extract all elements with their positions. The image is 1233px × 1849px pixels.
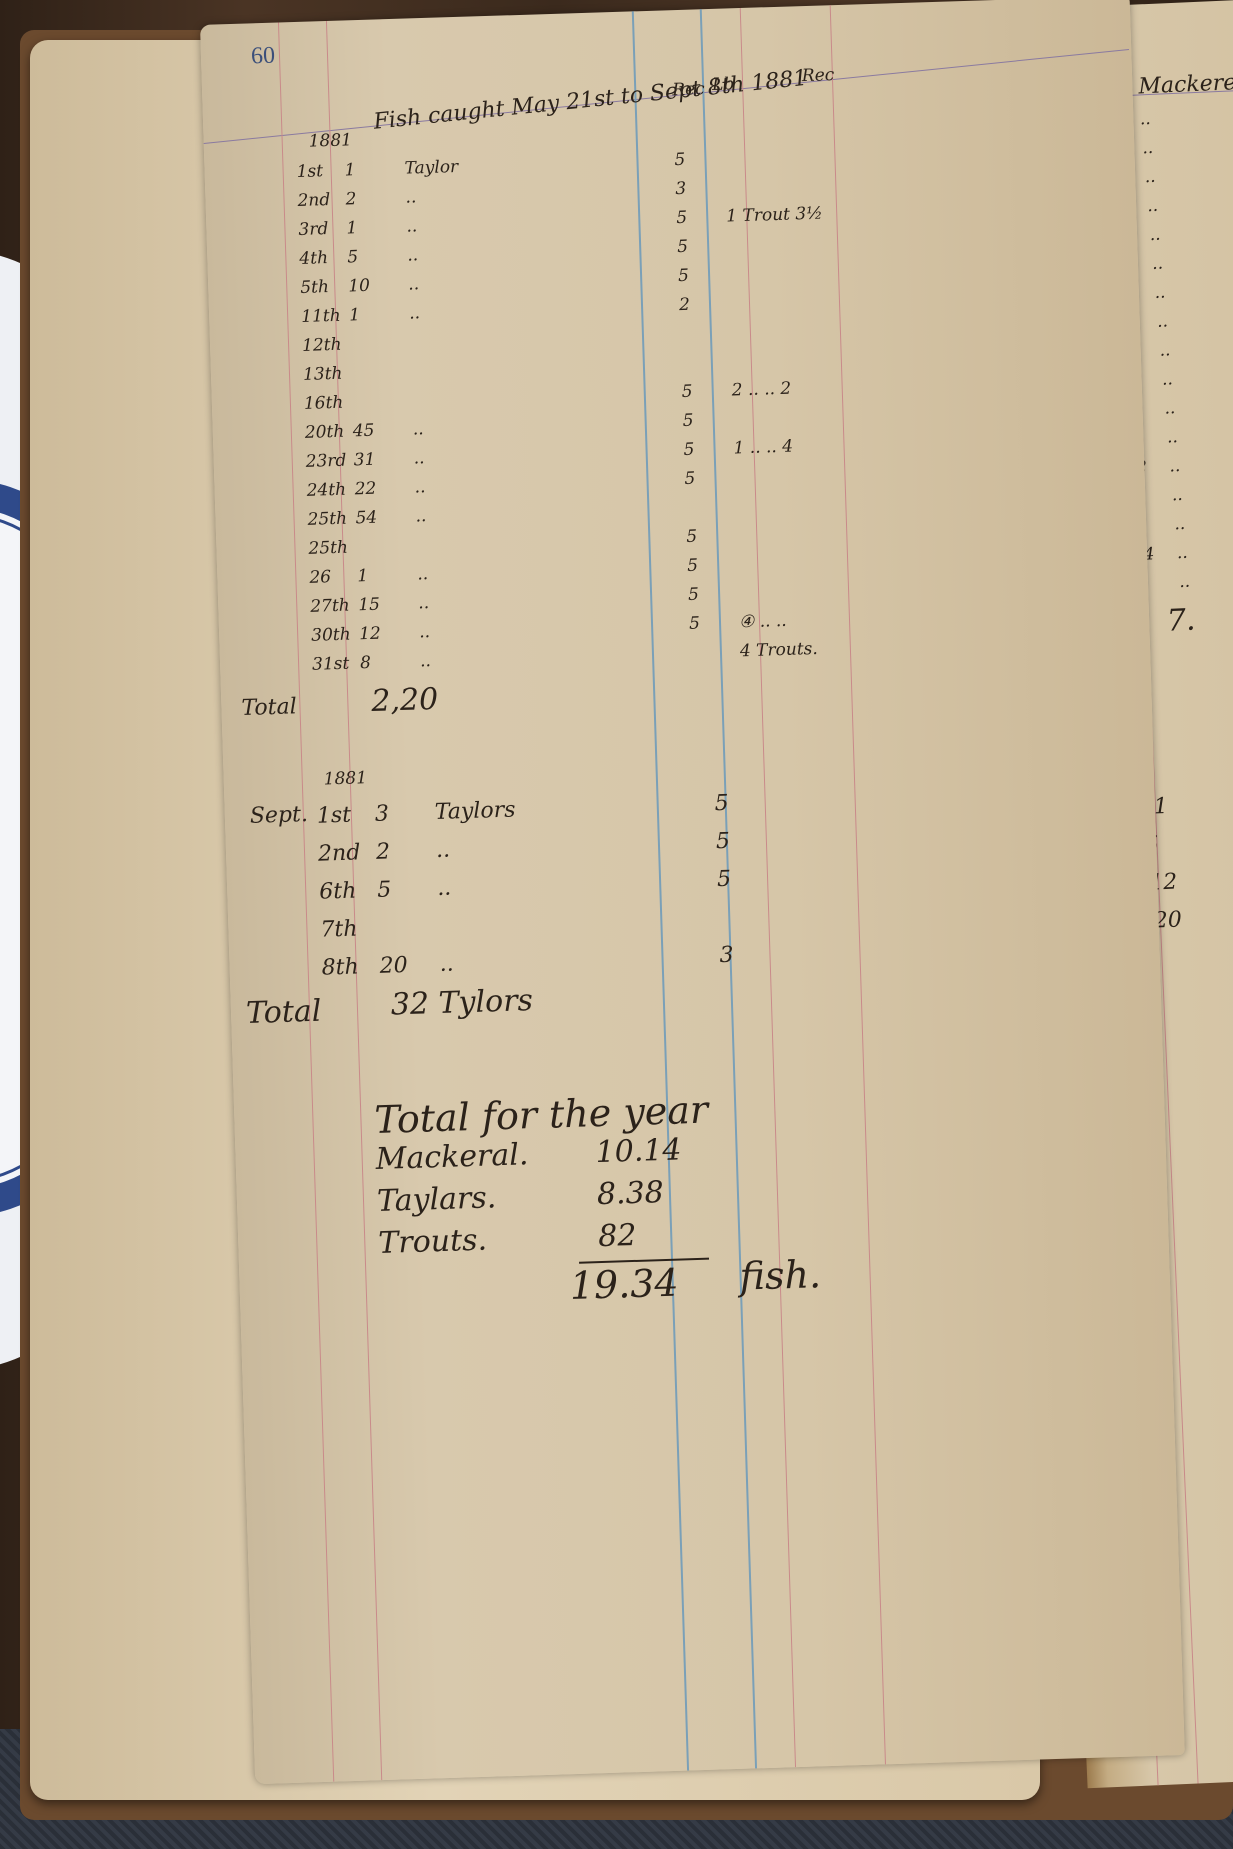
entry-date: 2nd [318,840,361,866]
ditto-mark: .. [1176,543,1188,563]
entry-rate: 3 [719,943,734,968]
entry-date: 4th [299,248,328,269]
entry-kind: .. [420,651,431,671]
ditto-mark: .. [1169,456,1181,476]
column-head: Lb [712,74,735,95]
entry-date: 1st [317,803,352,829]
entry-date: 8th [321,954,359,980]
entry-kind: .. [418,593,429,613]
entry-date: 5th [300,277,329,298]
entry-count: 3 [374,801,389,826]
entry-date: 30th [311,625,351,646]
entry-kind: .. [407,245,418,265]
entry-trout-note: 4 Trouts. [740,639,818,661]
entry-rate: 5 [686,527,697,547]
entry-date: 25th [308,538,348,559]
grand-total-unit: fish. [739,1252,822,1299]
entry-kind: .. [408,274,419,294]
ledger-page: 60 Fish caught May 21st to Sept 8th 1881… [200,0,1185,1784]
entry-count: 1 [357,566,368,586]
entry-rate: 5 [677,237,688,257]
entry-count: 8 [360,653,371,673]
ditto-mark: .. [1142,138,1154,158]
red-rule [830,5,886,1764]
entry-date: 13th [303,364,343,385]
facing-header: Mackerel [1138,70,1233,100]
ditto-mark: .. [1139,109,1151,129]
entry-trout-note: ④ .. .. [739,611,787,632]
entry-rate: 5 [681,382,692,402]
entry-date: 24th [306,480,346,501]
entry-kind: .. [439,952,454,977]
entry-rate: 3 [675,179,686,199]
ditto-mark: .. [1174,514,1186,534]
entry-rate: 5 [683,440,694,460]
may-year: 1881 [308,130,352,151]
sept-year: 1881 [323,768,367,789]
ditto-mark: .. [1159,340,1171,360]
entry-rate: 5 [688,585,699,605]
may-total-label: Total [241,694,297,721]
entry-kind: .. [415,506,426,526]
entry-kind: Taylors [434,797,515,825]
entry-date: 25th [307,509,347,530]
entry-count: 45 [353,421,375,442]
entry-kind: Taylor [404,157,458,179]
page-number: 60 [251,43,276,71]
ditto-mark: .. [1154,282,1166,302]
entry-date: 1st [296,161,323,182]
ditto-mark: .. [1149,225,1161,245]
entry-kind: .. [409,303,420,323]
facing-partial-total: 7. [1166,603,1196,639]
ditto-mark: .. [1167,427,1179,447]
ditto-mark: .. [1162,369,1174,389]
entry-date: 11th [301,306,341,327]
entry-trout-note: 1 .. .. 4 [733,437,793,459]
entry-date: 31st [312,654,350,675]
sept-total-value: 32 Tylors [390,983,533,1022]
entry-count: 5 [347,247,358,267]
entry-count: 20 [379,953,408,979]
entry-trout-note: 2 .. .. 2 [731,379,791,401]
entry-rate: 5 [676,208,687,228]
entry-kind: .. [413,448,424,468]
entry-rate: 5 [717,867,732,892]
entry-rate: 5 [682,411,693,431]
summary-value: 82 [598,1218,637,1254]
ditto-mark: .. [1152,254,1164,274]
ditto-mark: .. [1147,196,1159,216]
sept-total-label: Total [246,994,322,1031]
entry-rate: 5 [674,150,685,170]
summary-value: 8.38 [596,1175,664,1212]
ditto-mark: .. [1171,485,1183,505]
entry-count: 31 [353,450,375,471]
summary-label: Mackeral. [375,1137,529,1177]
summary-label: Trouts. [378,1223,488,1261]
entry-count: 2 [376,839,391,864]
entry-kind: .. [419,622,430,642]
entry-date: 2nd [297,190,330,211]
entry-count: 2 [345,189,356,209]
entry-rate: 5 [678,266,689,286]
entry-date: 6th [319,879,357,905]
entry-kind: .. [405,187,416,207]
entry-date: 12th [302,335,342,356]
entry-kind: .. [412,419,423,439]
entry-date: 26 [309,567,331,588]
entry-count: 10 [348,276,370,297]
entry-rate: 5 [689,614,700,634]
entry-rate: 5 [716,829,731,854]
entry-kind: .. [417,564,428,584]
entry-kind: .. [437,876,452,901]
sept-month: Sept. [249,802,308,829]
column-head: Rec [802,65,835,86]
entry-count: 1 [344,160,355,180]
may-total-value: 2,20 [371,682,439,719]
entry-rate: 5 [714,791,729,816]
grand-total: 19.34 [569,1261,679,1308]
entry-count: 5 [377,877,392,902]
ditto-mark: .. [1157,311,1169,331]
entry-date: 27th [310,596,350,617]
ditto-mark: .. [1144,167,1156,187]
entry-trout-note: 1 Trout 3½ [726,204,823,227]
entry-date: 16th [304,393,344,414]
entry-date: 20th [305,422,345,443]
entry-count: 1 [349,305,360,325]
summary-value: 10.14 [595,1132,682,1170]
entry-count: 54 [355,508,377,529]
entry-rate: 5 [687,556,698,576]
summary-label: Taylars. [376,1180,496,1219]
entry-date: 3rd [298,219,328,240]
entry-count: 12 [359,624,381,645]
entry-count: 22 [354,479,376,500]
entry-rate: 5 [684,469,695,489]
entry-kind: .. [436,838,451,863]
ditto-mark: .. [1179,572,1191,592]
entry-date: 23rd [305,451,346,472]
entry-count: 15 [358,595,380,616]
ditto-mark: .. [1164,398,1176,418]
entry-kind: .. [414,477,425,497]
entry-date: 7th [320,917,358,943]
entry-count: 1 [346,218,357,238]
entry-rate: 2 [679,295,690,315]
entry-kind: .. [406,216,417,236]
column-head: Rec [672,79,705,100]
